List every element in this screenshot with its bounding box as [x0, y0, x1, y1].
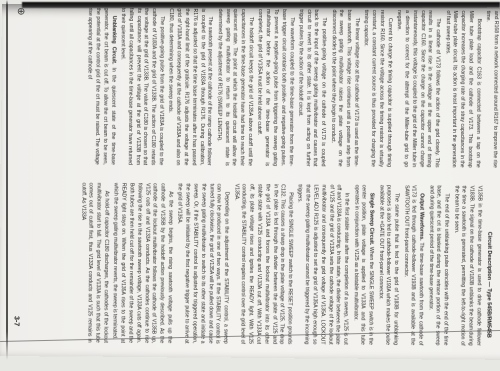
paragraph: V135B in the time-base generator is used… — [450, 185, 482, 345]
page-number: 3-7 — [12, 316, 19, 326]
paragraph: Bootstrap capacitor C163 is connected be… — [442, 10, 482, 167]
paragraph: The linear voltage rise at the cathode o… — [328, 10, 360, 167]
paragraph: The waveform coupled to the time-base ge… — [254, 9, 294, 166]
paragraph: The sawtooth present at the cathode of t… — [165, 8, 213, 165]
paragraph: The holdoff circuit keeps the grid of V1… — [214, 9, 254, 166]
paragraph: The positive-going pulse from the grid o… — [117, 8, 165, 165]
paragraph: Unblanking Circuit. In the quiescent sta… — [84, 8, 116, 165]
paragraph: Single Sweep Circuit. When the SINGLE SW… — [350, 185, 375, 345]
left-column: and R168 form a network connected around… — [83, 8, 499, 168]
registration-mark-icon: ⊕ — [15, 7, 25, 15]
page-header: Circuit Description — Type 545B/RM545B — [485, 176, 492, 338]
paragraph: and R168 form a network connected around… — [482, 11, 499, 168]
paragraph: Placing the SINGLE SWEEP switch to the R… — [230, 184, 294, 344]
paragraph: The positive-going voltage on the cathod… — [295, 9, 327, 166]
right-column: V135B in the time-base generator is used… — [76, 183, 483, 346]
paragraph: The same pulse that is fed to the grid o… — [375, 185, 400, 345]
paragraph: In the first stable state after the comp… — [294, 184, 350, 344]
paragraph: As hold-off capacitor C180 discharges, t… — [77, 183, 109, 343]
paragraph: Output Waveforms. The time-base sawtooth… — [400, 185, 425, 345]
paragraph: The cathode of V173 follows the action o… — [393, 10, 441, 167]
paragraph: Depending on the adjustment of the STABI… — [174, 183, 230, 343]
paragraph: As the sweep begins, the rising sawtooth… — [110, 183, 174, 343]
scanned-page-viewport: Circuit Description — Type 545B/RM545B a… — [0, 0, 500, 371]
paragraph: The end of the unblanking pulse coincide… — [425, 185, 450, 345]
paragraph: Current to charge the timing capacitor i… — [360, 10, 392, 167]
manual-page: Circuit Description — Type 545B/RM545B a… — [0, 4, 500, 360]
page-edge-line — [6, 0, 8, 360]
scan-top-edge-band — [22, 2, 500, 8]
